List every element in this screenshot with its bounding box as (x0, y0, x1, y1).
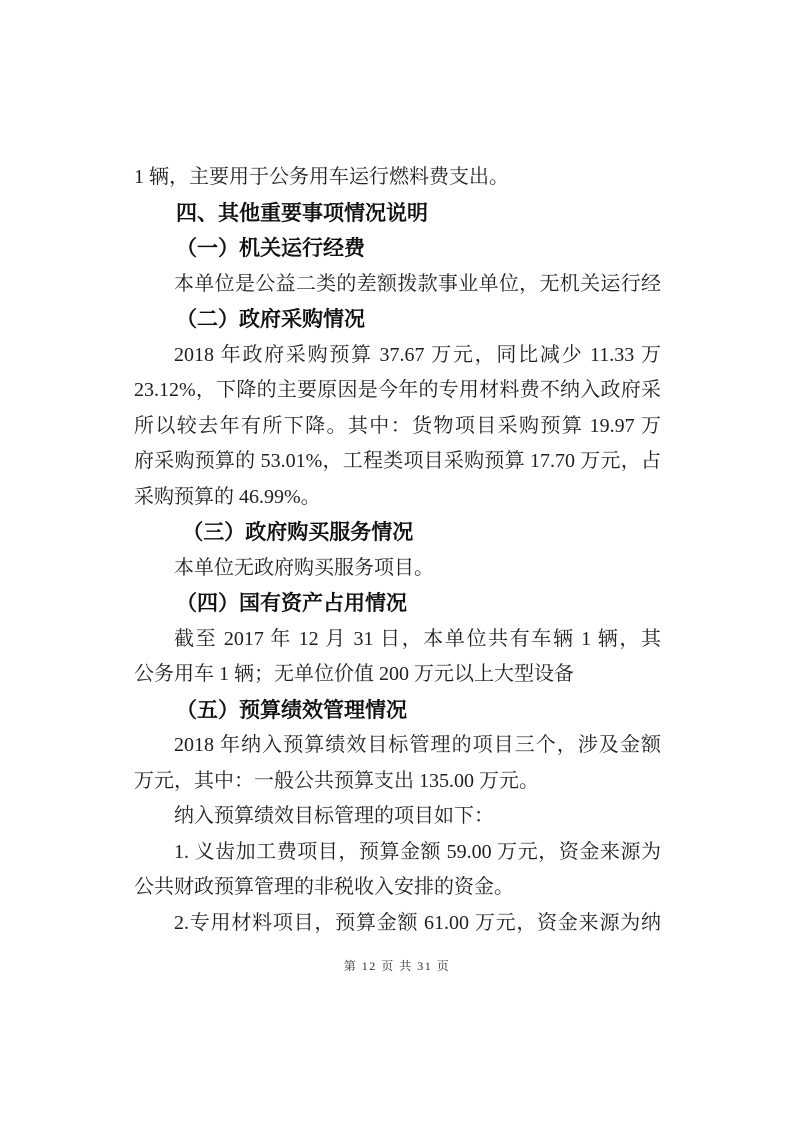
section-heading: 四、其他重要事项情况说明 (134, 196, 661, 232)
text-line: 所以较去年有所下降。其中：货物项目采购预算 19.97 万元，占政 (134, 409, 661, 445)
text-line: 本单位无政府购买服务项目。 (134, 551, 661, 587)
document-page: 1 辆，主要用于公务用车运行燃料费支出。四、其他重要事项情况说明（一）机关运行经… (0, 0, 794, 1123)
text-line: 纳入预算绩效目标管理的项目如下： (134, 799, 661, 835)
document-text-block: 1 辆，主要用于公务用车运行燃料费支出。四、其他重要事项情况说明（一）机关运行经… (134, 160, 661, 941)
section-heading: （四）国有资产占用情况 (134, 586, 661, 622)
text-line: 本单位是公益二类的差额拨款事业单位，无机关运行经费。 (134, 267, 661, 303)
text-line: 截至 2017 年 12 月 31 日，本单位共有车辆 1 辆，其中：一般 (134, 622, 661, 658)
text-line: 采购预算的 46.99%。 (134, 480, 661, 516)
text-line: 2018 年纳入预算绩效目标管理的项目三个，涉及金额 135.00 (134, 728, 661, 764)
text-line: 1 辆，主要用于公务用车运行燃料费支出。 (134, 160, 661, 196)
section-heading: （一）机关运行经费 (134, 231, 661, 267)
text-line: 1. 义齿加工费项目，预算金额 59.00 万元，资金来源为纳入 (134, 835, 661, 871)
text-line: 万元，其中：一般公共预算支出 135.00 万元。 (134, 764, 661, 800)
text-line: 府采购预算的 53.01%，工程类项目采购预算 17.70 万元，占政府 (134, 444, 661, 480)
section-heading: （二）政府采购情况 (134, 302, 661, 338)
section-heading: （五）预算绩效管理情况 (134, 693, 661, 729)
text-line: 公务用车 1 辆；无单位价值 200 万元以上大型设备 (134, 657, 661, 693)
page-number: 第 12 页 共 31 页 (344, 959, 451, 973)
page-footer: 第 12 页 共 31 页 (0, 957, 794, 974)
text-line: 2.专用材料项目，预算金额 61.00 万元，资金来源为纳入公共 (134, 906, 661, 942)
text-line: 公共财政预算管理的非税收入安排的资金。 (134, 870, 661, 906)
text-line: 23.12%，下降的主要原因是今年的专用材料费不纳入政府采购， (134, 373, 661, 409)
text-line: 2018 年政府采购预算 37.67 万元，同比减少 11.33 万元，下降 (134, 338, 661, 374)
section-heading: （三）政府购买服务情况 (134, 515, 661, 551)
